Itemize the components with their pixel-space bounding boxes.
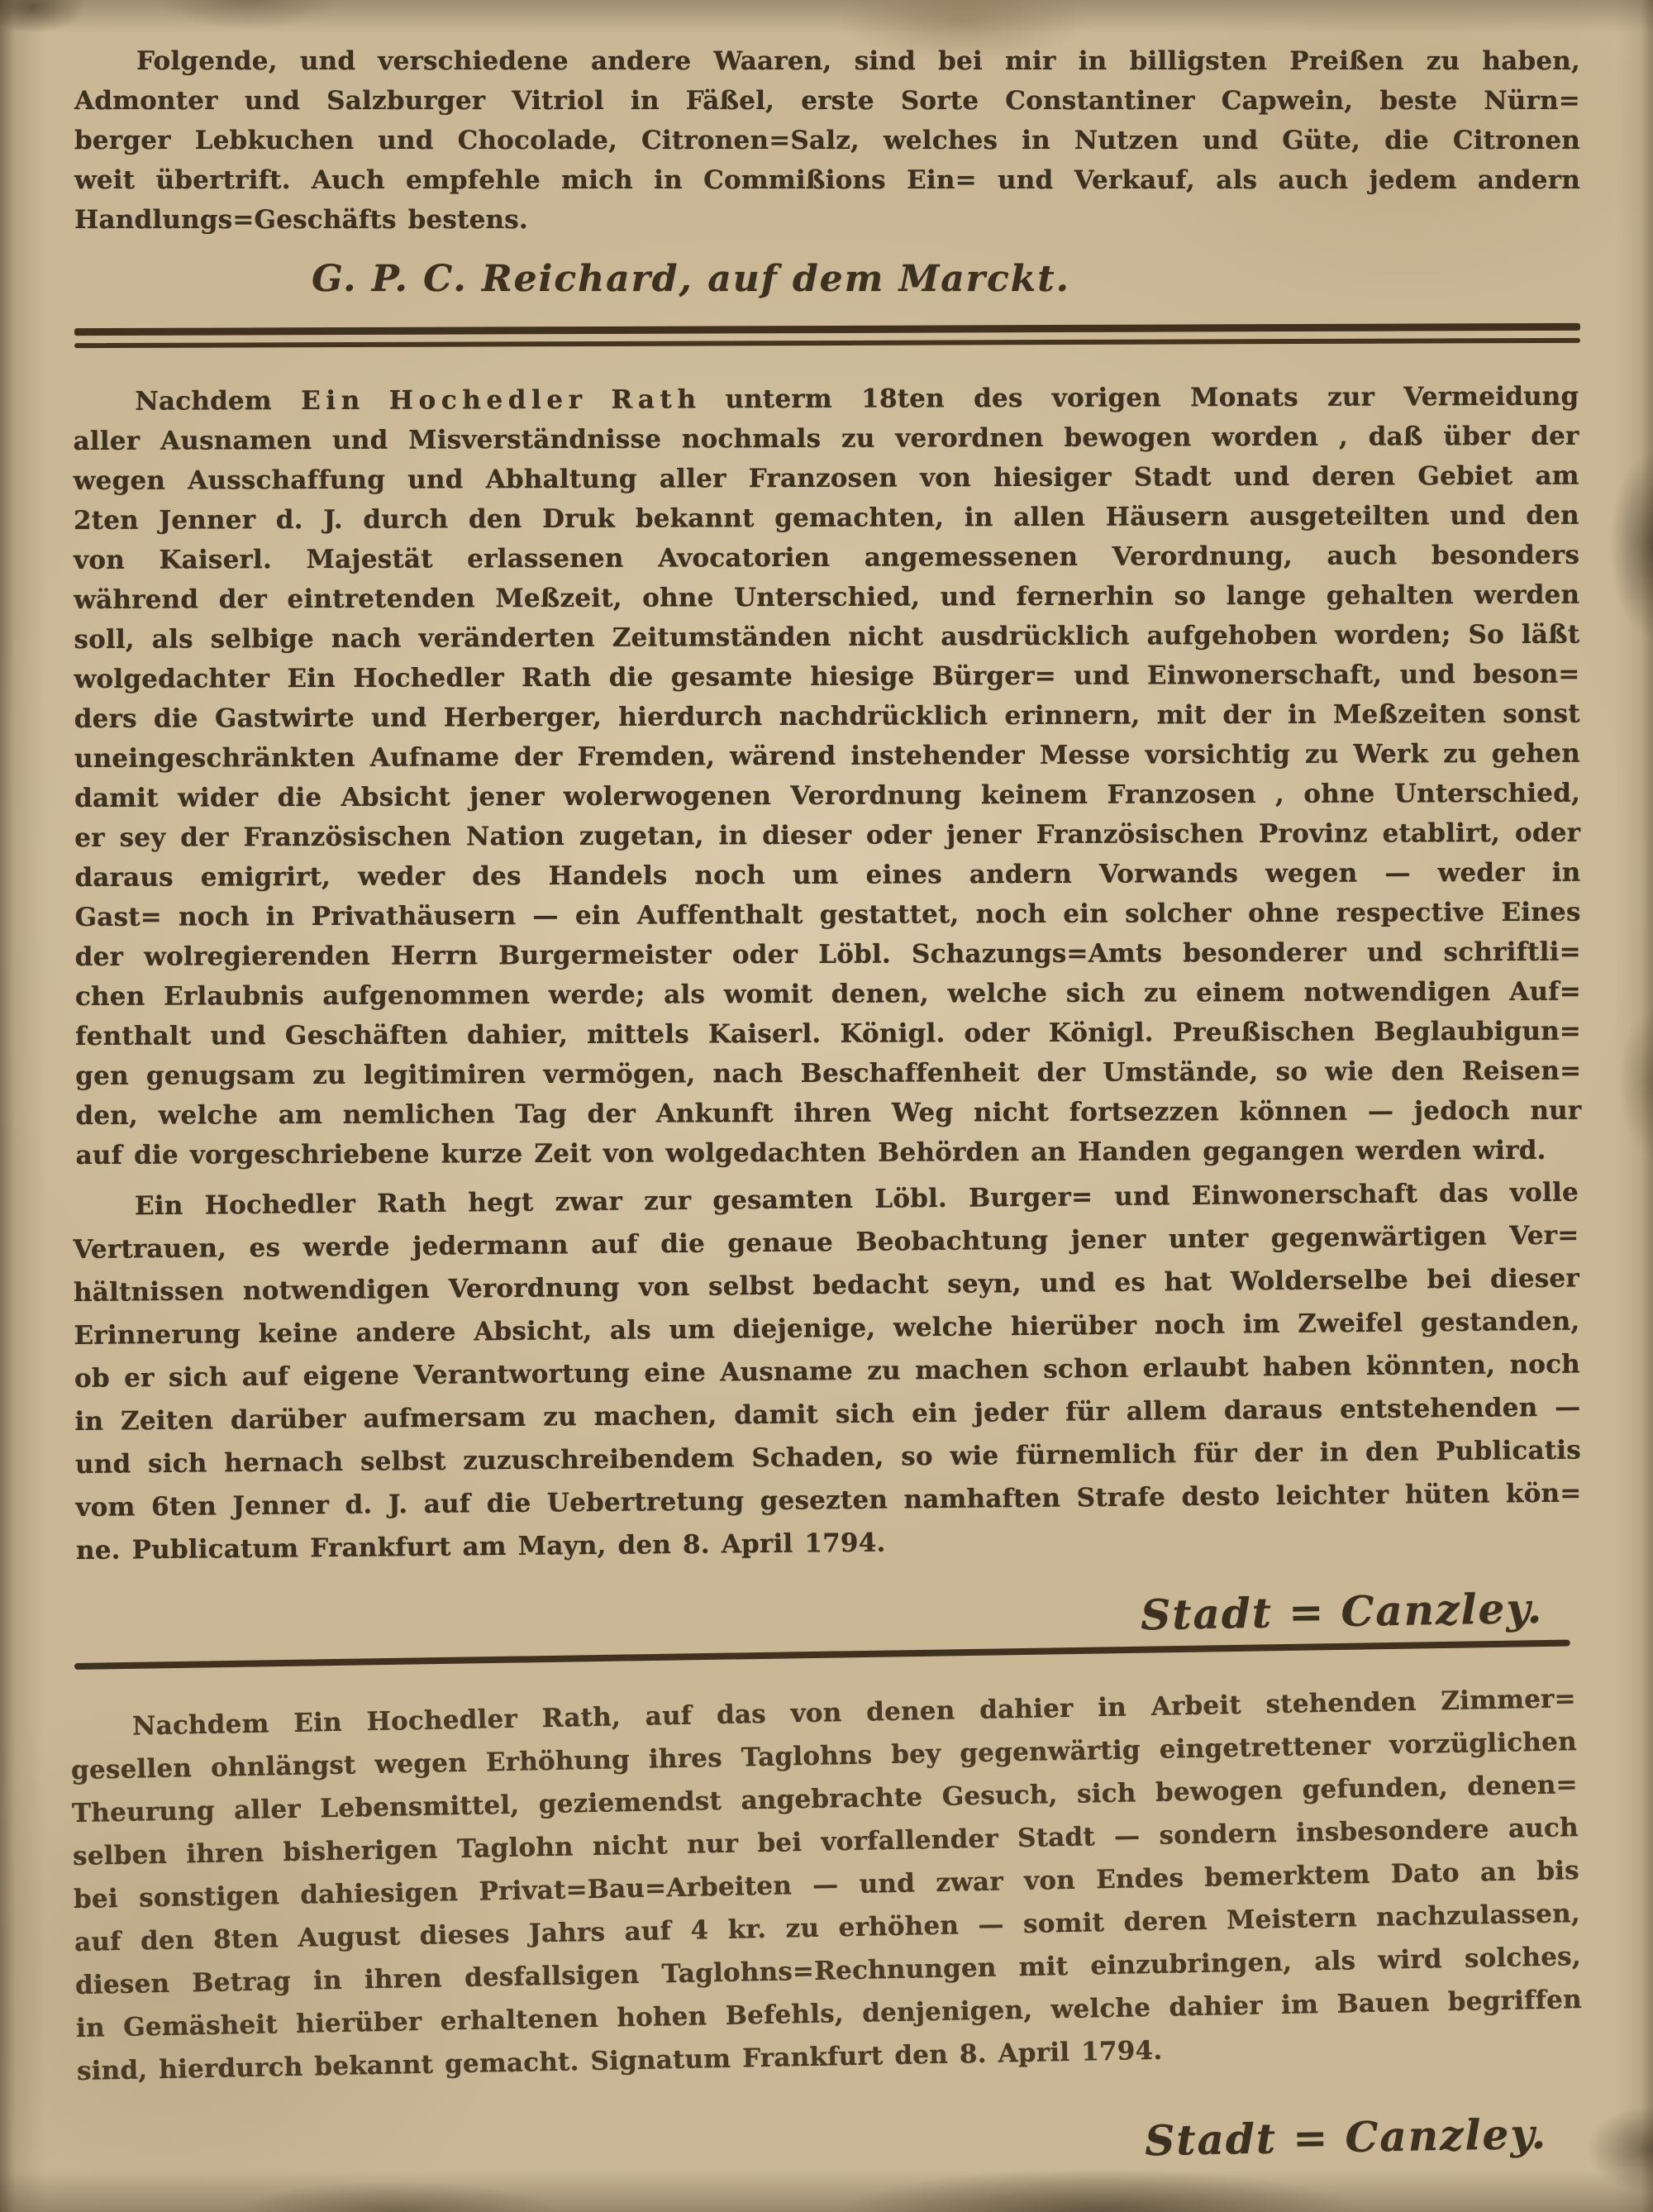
page-text-block: Folgende, und verschiedene andere Waaren… (74, 0, 1580, 2166)
carpenter-wage-notice-paragraph: Nachdem Ein Hochedler Rath, auf das von … (70, 1677, 1584, 2093)
scanned-document-page: { "page": { "paper_color": "#c9b795", "i… (0, 0, 1653, 2212)
text-line: den, welche am nemlichen Tag der Ankunft… (75, 1091, 1581, 1136)
text-line: Gast= noch in Privathäusern — ein Auffen… (75, 893, 1581, 937)
text-line: aller Ausnamen und Misverständnisse noch… (73, 417, 1579, 461)
divider-bar-thin (74, 338, 1580, 348)
text-line: uneingeschränkten Aufname der Fremden, w… (74, 734, 1580, 779)
text-line: chen Erlaubnis aufgenommen werde; als wo… (75, 972, 1581, 1017)
text-line: Nachdem E i n H o c h e d l e r R a t h … (73, 377, 1579, 422)
text-line: damit wider die Absicht jener wolerwogen… (74, 774, 1580, 818)
text-line: ders die Gastwirte und Herberger, hierdu… (74, 694, 1580, 739)
text-line: Handlungs=Geschäfts bestens. (74, 200, 1580, 240)
text-line: wolgedachter Ein Hochedler Rath die gesa… (74, 655, 1579, 699)
merchant-signature: G. P. C. Reichard, auf dem Marckt. (74, 255, 1580, 304)
french-residents-decree-paragraph: Nachdem E i n H o c h e d l e r R a t h … (73, 377, 1581, 1175)
text-line: weit übertrift. Auch empfehle mich in Co… (74, 160, 1580, 200)
text-line: während der eintretenden Meßzeit, ohne U… (74, 575, 1579, 620)
merchant-advertisement-paragraph: Folgende, und verschiedene andere Waaren… (74, 41, 1580, 240)
section-divider-double-rule (74, 326, 1580, 346)
text-line: gen genugsam zu legitimiren vermögen, na… (75, 1051, 1581, 1096)
text-line: daraus emigrirt, weder des Handels noch … (74, 853, 1580, 898)
text-line: Folgende, und verschiedene andere Waaren… (74, 41, 1580, 81)
council-trust-paragraph: Ein Hochedler Rath hegt zwar zur gesamte… (73, 1171, 1582, 1572)
text-line: wegen Ausschaffung und Abhaltung aller F… (74, 456, 1579, 501)
text-line: er sey der Französischen Nation zugetan,… (74, 813, 1580, 858)
text-line: auf die vorgeschriebene kurze Zeit von w… (76, 1131, 1582, 1175)
text-line: fenthalt und Geschäften dahier, mittels … (75, 1012, 1581, 1056)
divider-bar-thick (74, 323, 1580, 336)
text-line: berger Lebkuchen und Chocolade, Citronen… (74, 121, 1580, 160)
chancellery-signature-2: Stadt = Canzley. (74, 2101, 1581, 2192)
text-line: soll, als selbige nach veränderten Zeitu… (74, 615, 1579, 660)
text-line: Admonter und Salzburger Vitriol in Fäßel… (74, 81, 1580, 121)
text-line: von Kaiserl. Majestät erlassenen Avocato… (74, 536, 1579, 580)
text-line: der wolregierenden Herrn Burgermeister o… (75, 932, 1581, 977)
text-line: 2ten Jenner d. J. durch den Druk bekannt… (74, 496, 1579, 541)
